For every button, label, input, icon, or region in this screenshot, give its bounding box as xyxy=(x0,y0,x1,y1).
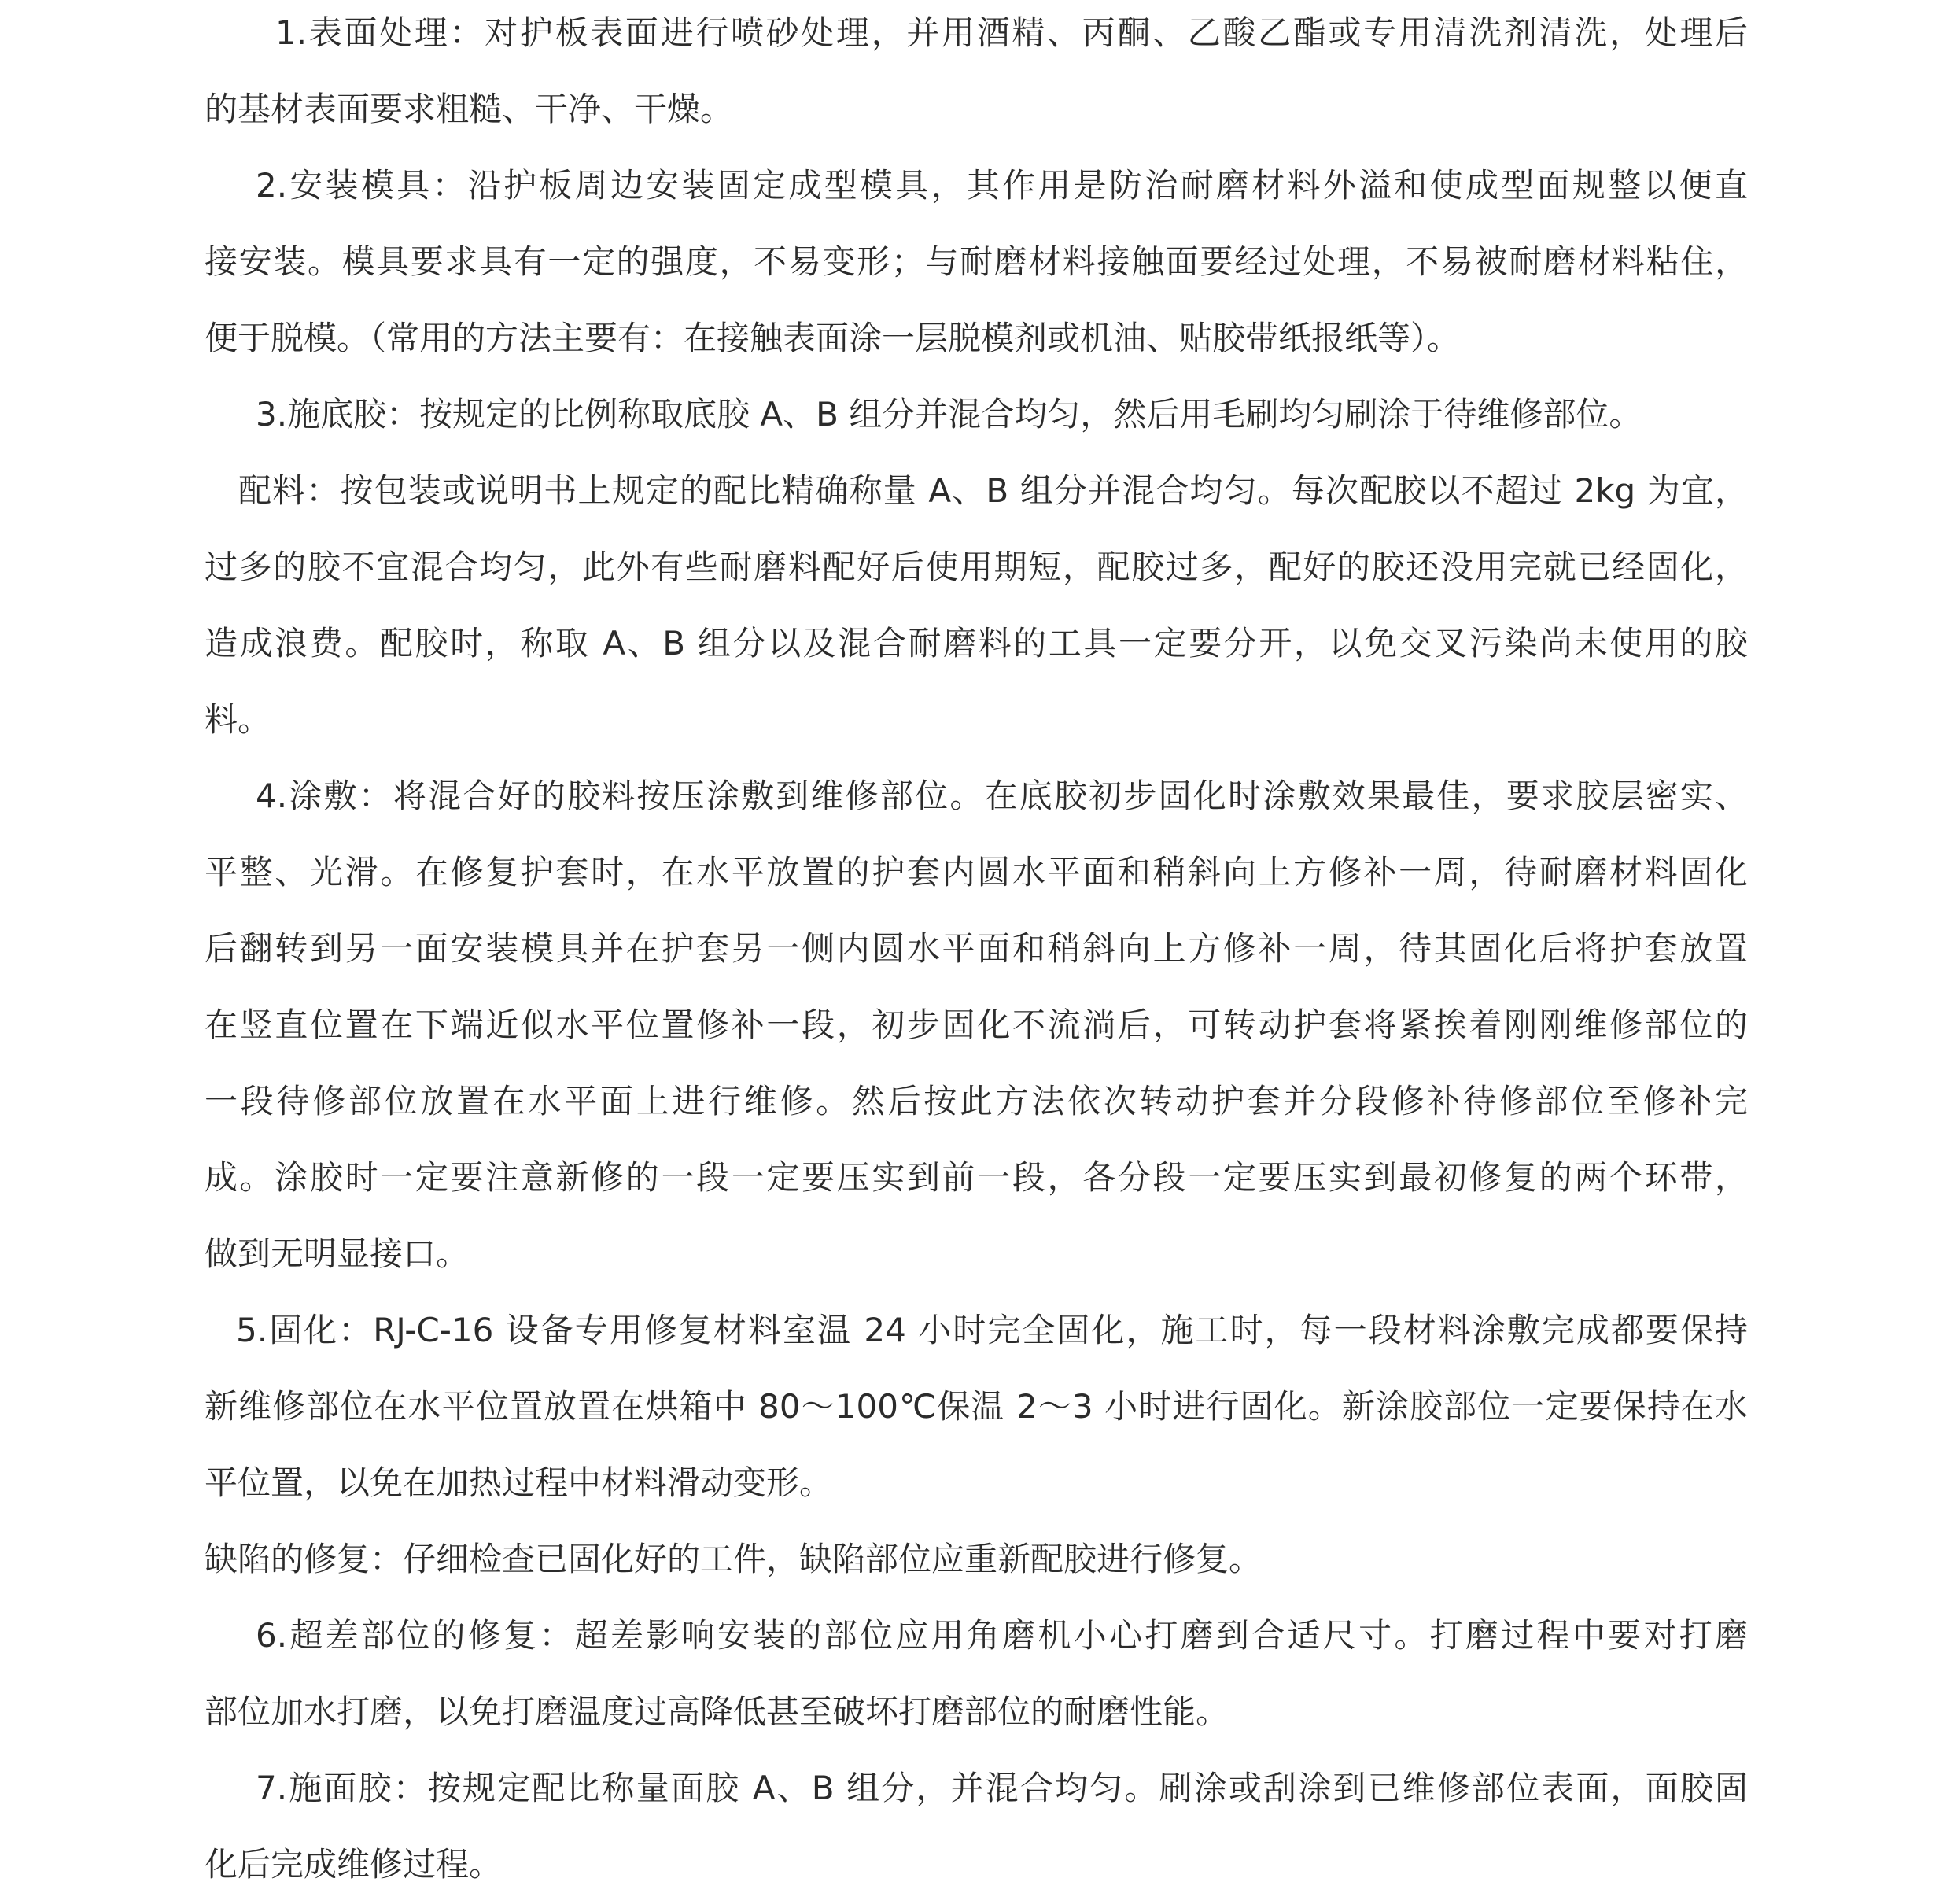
paragraph-6-line-2: 部位加水打磨，以免打磨温度过高降低甚至破坏打磨部位的耐磨性能。 xyxy=(205,1688,1748,1736)
paragraph-2-line-1: 2.安装模具：沿护板周边安装固定成型模具，其作用是防治耐磨材料外溢和使成型面规整… xyxy=(256,162,1748,209)
paragraph-4-line-3: 后翻转到另一面安装模具并在护套另一侧内圆水平面和稍斜向上方修补一周，待其固化后将… xyxy=(205,925,1748,972)
paragraph-5-line-1: 5.固化：RJ-C-16 设备专用修复材料室温 24 小时完全固化，施工时，每一… xyxy=(236,1307,1748,1354)
paragraph-7-line-2: 化后完成维修过程。 xyxy=(205,1841,1748,1888)
document-page: 1.表面处理：对护板表面进行喷砂处理，并用酒精、丙酮、乙酸乙酯或专用清洗剂清洗，… xyxy=(0,0,1950,1904)
paragraph-5-line-3: 平位置，以免在加热过程中材料滑动变形。 xyxy=(205,1459,1748,1507)
mixing-paragraph-line-1: 配料：按包装或说明书上规定的配比精确称量 A、B 组分并混合均匀。每次配胶以不超… xyxy=(238,467,1748,515)
paragraph-2-line-2: 接安装。模具要求具有一定的强度，不易变形；与耐磨材料接触面要经过处理，不易被耐磨… xyxy=(205,238,1748,286)
paragraph-4-line-7: 做到无明显接口。 xyxy=(205,1231,1748,1278)
mixing-paragraph-line-3: 造成浪费。配胶时，称取 A、B 组分以及混合耐磨料的工具一定要分开，以免交叉污染… xyxy=(205,620,1748,667)
paragraph-6-line-1: 6.超差部位的修复：超差影响安装的部位应用角磨机小心打磨到合适尺寸。打磨过程中要… xyxy=(256,1612,1748,1659)
paragraph-7-line-1: 7.施面胶：按规定配比称量面胶 A、B 组分，并混合均匀。刷涂或刮涂到已维修部位… xyxy=(256,1765,1748,1812)
paragraph-4-line-6: 成。涂胶时一定要注意新修的一段一定要压实到前一段，各分段一定要压实到最初修复的两… xyxy=(205,1154,1748,1201)
paragraph-1-line-1: 1.表面处理：对护板表面进行喷砂处理，并用酒精、丙酮、乙酸乙酯或专用清洗剂清洗，… xyxy=(275,9,1748,57)
defect-repair-line-1: 缺陷的修复：仔细检查已固化好的工件，缺陷部位应重新配胶进行修复。 xyxy=(205,1536,1748,1583)
mixing-paragraph-line-2: 过多的胶不宜混合均匀，此外有些耐磨料配好后使用期短，配胶过多，配好的胶还没用完就… xyxy=(205,544,1748,591)
paragraph-4-line-2: 平整、光滑。在修复护套时，在水平放置的护套内圆水平面和稍斜向上方修补一周，待耐磨… xyxy=(205,849,1748,896)
paragraph-1-line-2: 的基材表面要求粗糙、干净、干燥。 xyxy=(205,86,1748,133)
paragraph-4-line-4: 在竖直位置在下端近似水平位置修补一段，初步固化不流淌后，可转动护套将紧挨着刚刚维… xyxy=(205,1002,1748,1049)
paragraph-4-line-5: 一段待修部位放置在水平面上进行维修。然后按此方法依次转动护套并分段修补待修部位至… xyxy=(205,1078,1748,1125)
paragraph-2-line-3: 便于脱模。（常用的方法主要有：在接触表面涂一层脱模剂或机油、贴胶带纸报纸等）。 xyxy=(205,315,1748,362)
paragraph-5-line-2: 新维修部位在水平位置放置在烘箱中 80～100℃保温 2～3 小时进行固化。新涂… xyxy=(205,1383,1748,1430)
paragraph-3-line-1: 3.施底胶：按规定的比例称取底胶 A、B 组分并混合均匀，然后用毛刷均匀刷涂于待… xyxy=(256,391,1748,438)
paragraph-4-line-1: 4.涂敷：将混合好的胶料按压涂敷到维修部位。在底胶初步固化时涂敷效果最佳，要求胶… xyxy=(256,773,1748,820)
mixing-paragraph-line-4: 料。 xyxy=(205,696,1748,744)
